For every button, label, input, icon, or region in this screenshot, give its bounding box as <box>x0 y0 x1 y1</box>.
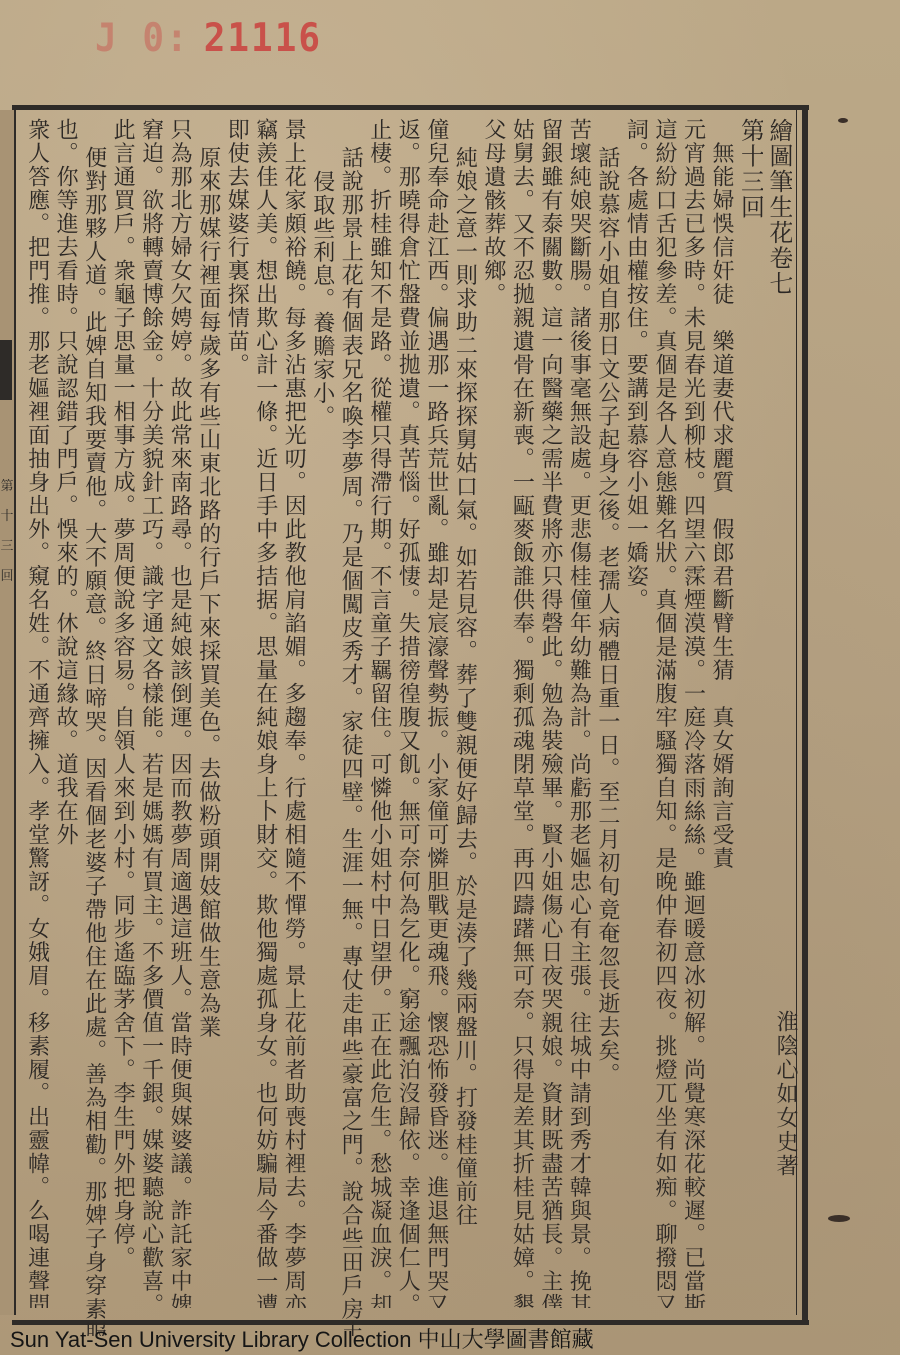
text-column: 話說那景上花有個表兄名喚李夢周。乃是個闖皮秀才。家徒四壁。生涯一無。專仗走串些豪… <box>337 118 364 1336</box>
text-column: 止棲。折桂雖知不是路。從權只得滯行期。不言童子羈留住。可憐他小姐村中日望伊。正在… <box>366 118 393 1308</box>
library-stamp: J 0:21116 <box>95 16 322 61</box>
text-column: 窘迫。欲將轉賣博餘金。十分美貌針工巧。識字通文各樣能。若是媽媽有買主。不多價值一… <box>138 118 165 1308</box>
text-column: 詞。各處情由權按住。要講到慕容小姐一嬌姿。 <box>623 118 650 1308</box>
text-column: 元宵過去已多時。未見春光到柳枝。四望六霂煙漠漠。一庭冷落雨絲絲。雖迴暖意冰初解。… <box>680 118 707 1308</box>
frame-left-rule <box>14 110 16 1315</box>
chapter-heading: 第十三回 <box>737 118 764 1308</box>
paper-blemish <box>828 1215 850 1222</box>
text-column: 這紛紛口舌犯參差。真個是各人意態難名狀。真個是滿腹牢騷獨自知。是晚仲春初四夜。挑… <box>651 118 678 1308</box>
stamp-faded-prefix: J 0: <box>95 16 190 61</box>
paper-blemish <box>838 118 848 123</box>
text-column: 此言通買戶。衆龜子思量一相事方成。夢周便說多容易。自領人來到小村。同步遙臨茅舍下… <box>109 118 136 1308</box>
text-column: 苦壞純娘哭斷腸。諸後事毫無設處。更悲傷桂僮年幼難為計。尚虧那老嫗忠心有主張。往城… <box>565 118 592 1308</box>
text-column: 便對那夥人道。此婢自知我要賣他。大不願意。終日啼哭。因看個老婆子帶他住在此處。善… <box>81 118 108 1336</box>
vertical-text-body: 繪圖筆生花卷七 第十三回 無能婦悞信奸徒 樂道妻代求麗質 假郎君斷臂生猜 真女婿… <box>22 118 792 1313</box>
collection-footer: Sun Yat-Sen University Library Collectio… <box>10 1323 594 1354</box>
text-column: 景上花家頗裕饒。每多沾惠把光叨。因此教他肩諂媚。多趨奉。行處相隨不憚勞。景上花前… <box>280 118 307 1308</box>
fold-black-bar <box>0 340 12 400</box>
text-column: 返。那曉得倉忙盤費並拋遺。真苦惱。好孤悽。失措徬徨腹又飢。無可奈何為乞化。窮途飄… <box>394 118 421 1308</box>
text-column: 僮兒奉命赴江西。偏遇那一路兵荒世亂。雖却是宸濠聲勢振。小家僮可憐胆戰更魂飛。懷恐… <box>423 118 450 1308</box>
frame-right-rule <box>802 105 808 1325</box>
scanned-page: J 0:21116 第 十 三 回 繪圖筆生花卷七 第十三回 無能婦悞信奸徒 樂… <box>0 0 900 1355</box>
text-column: 姑舅去。又不忍拋親遺骨在新喪。一甌麥飯誰供奉。獨剩孤魂閉草堂。再四躊躇無可奈。只… <box>508 118 535 1308</box>
text-column: 即使去媒婆行裏探情苗。 <box>223 118 250 1308</box>
text-column: 原來那媒行裡面每歲多有些山東北路的行戶下來採買美色。去做粉頭開妓館做生意為業 <box>195 118 222 1336</box>
text-column: 衆人答應。把門推。那老嫗裡面抽身出外。窺名姓。不通齊擁入。孝堂驚訝。女娥眉。移素… <box>24 118 51 1308</box>
text-column: 竊羨佳人美。想出欺心計一條。近日手中多拮据。思量在純娘身上卜財交。欺他獨處孤身女… <box>252 118 279 1308</box>
author-attribution: 淮陰心如女史著 <box>770 1010 801 1178</box>
text-column: 純娘之意一則求助二來探探舅姑口氣。如若見容。葬了雙親便好歸去。於是湊了幾兩盤川。… <box>451 118 478 1336</box>
chapter-couplet: 無能婦悞信奸徒 樂道妻代求麗質 假郎君斷臂生猜 真女婿詢言受責 <box>708 118 735 1308</box>
text-column: 留銀雖有泰關數。這一向醫藥之需半費將亦只得磬此。勉為裝殮畢。賢小姐傷心日夜哭親娘… <box>537 118 564 1308</box>
text-column: 只為那北方婦女欠娉婷。故此常來南路尋。也是純娘該倒運。因而教夢周適遇這班人。當時… <box>166 118 193 1308</box>
text-column: 侵取些利息。養贍家小。 <box>309 118 336 1355</box>
text-column: 話說慕容小姐自那日文公子起身之後。老孺人病體日重一日。至二月初旬竟奄忽長逝去矣。 <box>594 118 621 1336</box>
stamp-number: 21116 <box>204 16 322 61</box>
text-column: 也。你等進去看時。只說認錯了門戶。悞來的。休說這緣故。道我在外 <box>52 118 79 1308</box>
text-column: 父母遺骸葬故鄉。 <box>480 118 507 1308</box>
